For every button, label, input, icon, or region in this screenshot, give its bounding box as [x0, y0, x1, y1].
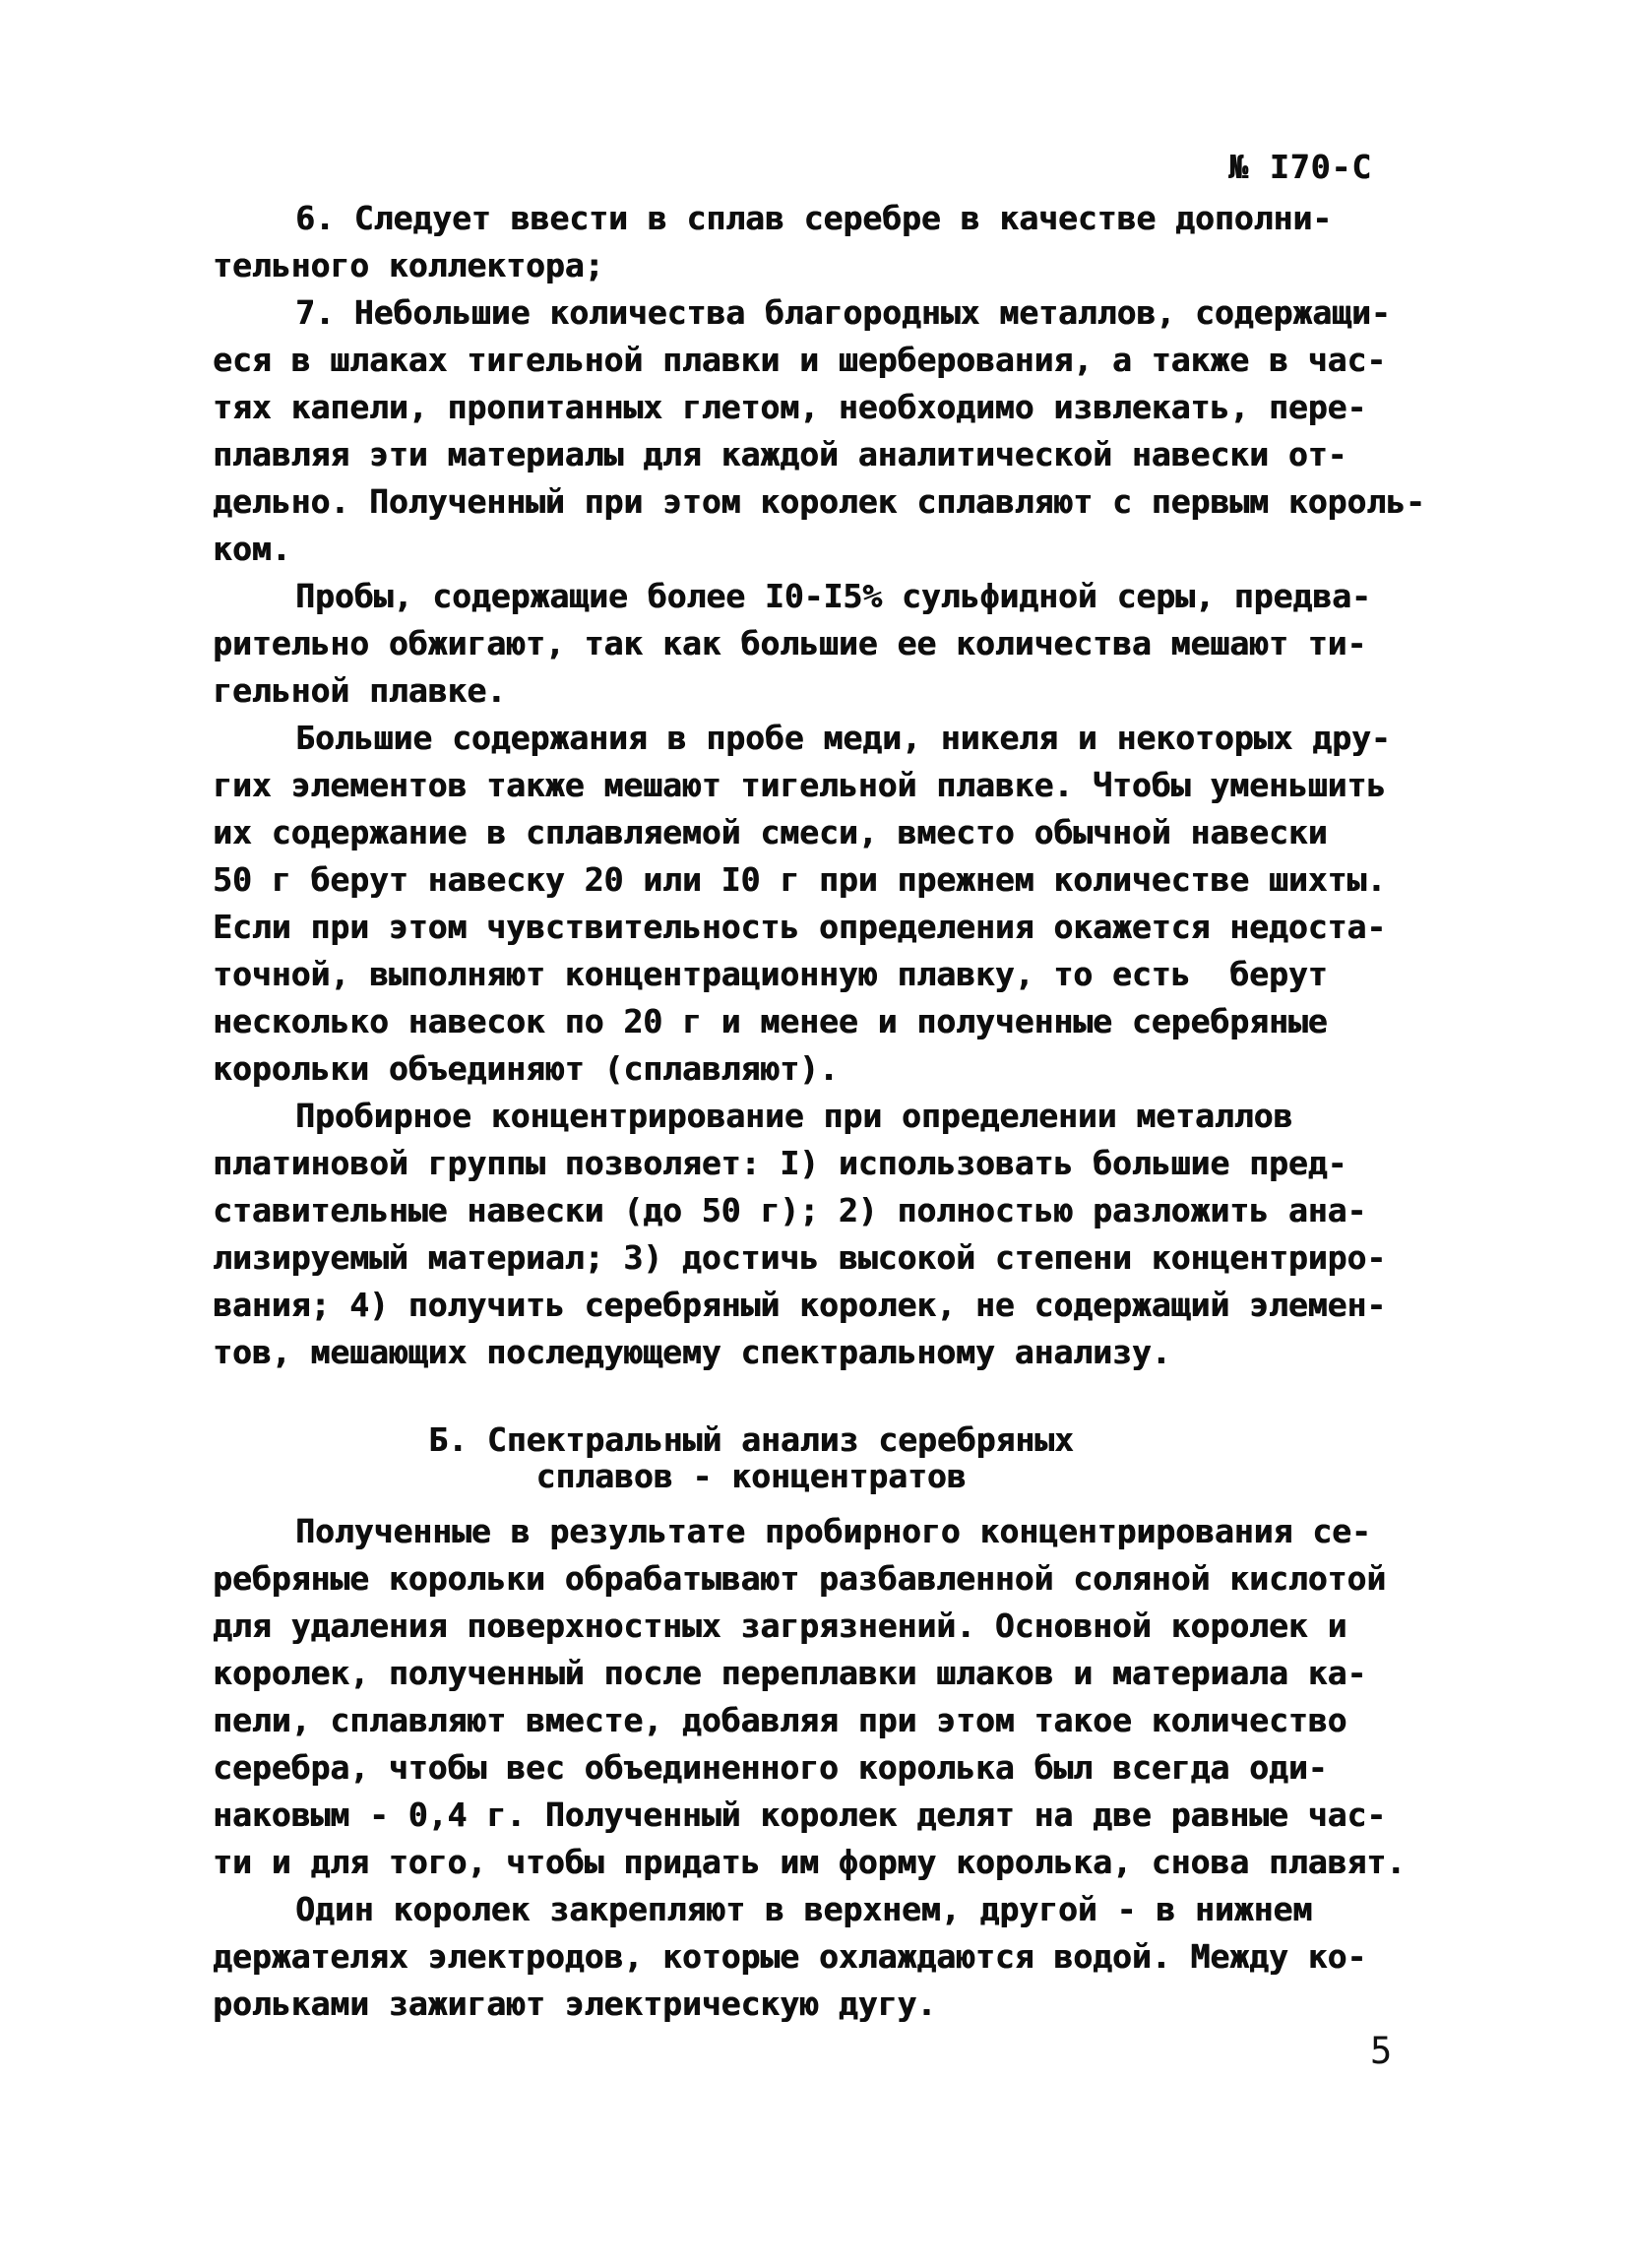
paragraph: Пробирное концентрирование при определен…	[213, 1093, 1423, 1376]
paragraph: Большие содержания в пробе меди, никеля …	[213, 715, 1423, 1093]
text-line: ставительные навески (до 50 г); 2) полно…	[213, 1187, 1423, 1234]
text-line: точной, выполняют концентрационную плавк…	[213, 951, 1423, 998]
text-line: для удаления поверхностных загрязнений. …	[213, 1603, 1423, 1650]
text-line: Один королек закрепляют в верхнем, друго…	[213, 1886, 1423, 1933]
text-line: ком.	[213, 526, 1423, 573]
text-line: тях капели, пропитанных глетом, необходи…	[213, 384, 1423, 431]
text-line: их содержание в сплавляемой смеси, вмест…	[213, 809, 1423, 856]
text-line: держателях электродов, которые охлаждают…	[213, 1933, 1423, 1981]
text-line: ребряные корольки обрабатывают разбавлен…	[213, 1555, 1423, 1603]
doc-number: № I70-С	[1228, 148, 1372, 186]
text-line: корольки объединяют (сплавляют).	[213, 1045, 1423, 1093]
text-line: пели, сплавляют вместе, добавляя при это…	[213, 1697, 1423, 1744]
text-line: гих элементов также мешают тигельной пла…	[213, 762, 1423, 809]
paragraph: Один королек закрепляют в верхнем, друго…	[213, 1886, 1423, 2028]
text-line: Пробирное концентрирование при определен…	[213, 1093, 1423, 1140]
text-line: 6. Следует ввести в сплав серебре в каче…	[213, 195, 1423, 242]
text-line: гельной плавке.	[213, 667, 1423, 715]
text-line: лизируемый материал; 3) достичь высокой …	[213, 1234, 1423, 1282]
text-line: серебра, чтобы вес объединенного корольк…	[213, 1744, 1423, 1792]
document-page: № I70-С 6. Следует ввести в сплав серебр…	[0, 0, 1628, 2268]
text-line: королек, полученный после переплавки шла…	[213, 1650, 1423, 1697]
text-line: Полученные в результате пробирного конце…	[213, 1508, 1423, 1555]
text-line: рольками зажигают электрическую дугу.	[213, 1981, 1423, 2028]
section-heading: Б. Спектральный анализ серебряныхсплавов…	[146, 1421, 1356, 1494]
text-line: дельно. Полученный при этом королек спла…	[213, 478, 1423, 526]
text-line: тов, мешающих последующему спектральному…	[213, 1329, 1423, 1376]
text-line: рительно обжигают, так как большие ее ко…	[213, 620, 1423, 667]
text-line: платиновой группы позволяет: I) использо…	[213, 1140, 1423, 1187]
paragraph: Пробы, содержащие более I0-I5% сульфидно…	[213, 573, 1423, 715]
page-number: 5	[1370, 2030, 1392, 2072]
text-line: несколько навесок по 20 г и менее и полу…	[213, 998, 1423, 1045]
text-line: еся в шлаках тигельной плавки и шерберов…	[213, 337, 1423, 384]
text-line: Б. Спектральный анализ серебряных	[146, 1421, 1356, 1458]
text-line: Если при этом чувствительность определен…	[213, 904, 1423, 951]
paragraph: 7. Небольшие количества благородных мета…	[213, 289, 1423, 573]
text-line: вания; 4) получить серебряный королек, н…	[213, 1282, 1423, 1329]
text-line: ти и для того, чтобы придать им форму ко…	[213, 1839, 1423, 1886]
text-line: плавляя эти материалы для каждой аналити…	[213, 431, 1423, 478]
text-line: Большие содержания в пробе меди, никеля …	[213, 715, 1423, 762]
text-line: Пробы, содержащие более I0-I5% сульфидно…	[213, 573, 1423, 620]
text-line: тельного коллектора;	[213, 242, 1423, 289]
text-line: 7. Небольшие количества благородных мета…	[213, 289, 1423, 337]
document-body: 6. Следует ввести в сплав серебре в каче…	[213, 195, 1423, 2028]
text-line: сплавов - концентратов	[146, 1458, 1356, 1494]
text-line: наковым - 0,4 г. Полученный королек деля…	[213, 1792, 1423, 1839]
text-line: 50 г берут навеску 20 или I0 г при прежн…	[213, 856, 1423, 904]
paragraph: Полученные в результате пробирного конце…	[213, 1508, 1423, 1886]
paragraph: 6. Следует ввести в сплав серебре в каче…	[213, 195, 1423, 289]
